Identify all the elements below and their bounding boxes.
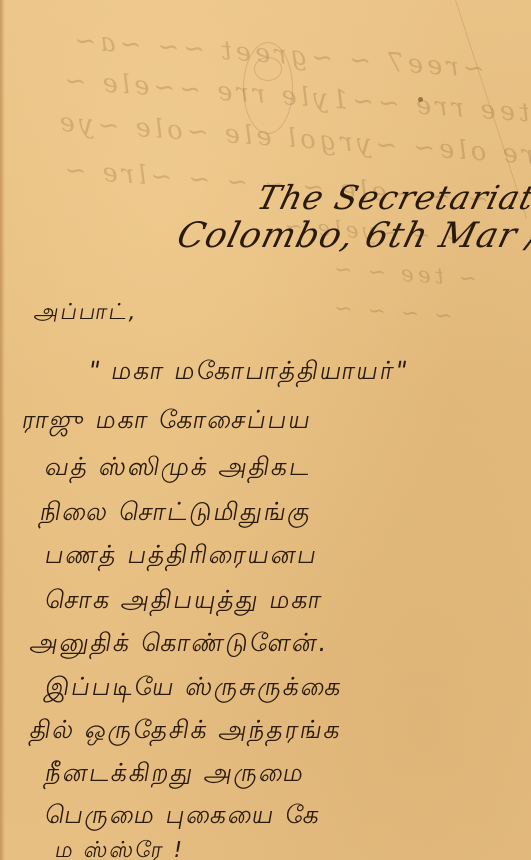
letter-line: " மகா மகோபாத்தியாயர்" <box>85 356 411 389</box>
salutation: அப்பாட், <box>32 300 140 328</box>
letter-line: ம ஸ்ஸ்ரே ! <box>53 838 187 860</box>
heading-date-line: Colombo, 6th Mar /06 <box>173 216 531 256</box>
letter-line: நீனடக்கிறது அருமை <box>42 758 308 791</box>
letter-line: தில் ஒருதேசிக் அந்தரங்க <box>27 715 345 748</box>
bleed-through-line: ~ ~ ~ ~ <box>329 296 453 329</box>
page-edge-shadow <box>0 0 5 860</box>
letter-line: வத் ஸ்ஸிமுக் அதிகட <box>42 452 314 485</box>
letter-page: ~ree7 ~ ~greet ~~ ~a~ tee rre ~~1yle rre… <box>0 0 531 860</box>
letter-line: இப்படியே ஸ்ருசுருக்கை <box>42 672 346 705</box>
letter-line: அனுதிக் கொண்டுளேன். <box>27 628 331 661</box>
ink-spot <box>418 97 423 102</box>
letter-line: நிலை சொட்டுமிதுங்கு <box>37 497 315 530</box>
bleed-through-line: ~ tee ~ ~ <box>329 257 478 292</box>
letter-line: பெருமை புகையை கே <box>42 800 324 833</box>
letter-line: பணத் பத்திரிரையனப <box>42 540 321 573</box>
letter-line: ராஜு மகா கோசைப்பய <box>19 405 315 438</box>
letter-line: சொக அதிபயுத்து மகா <box>42 585 326 618</box>
heading-secretariat: The Secretariat <box>253 178 531 217</box>
